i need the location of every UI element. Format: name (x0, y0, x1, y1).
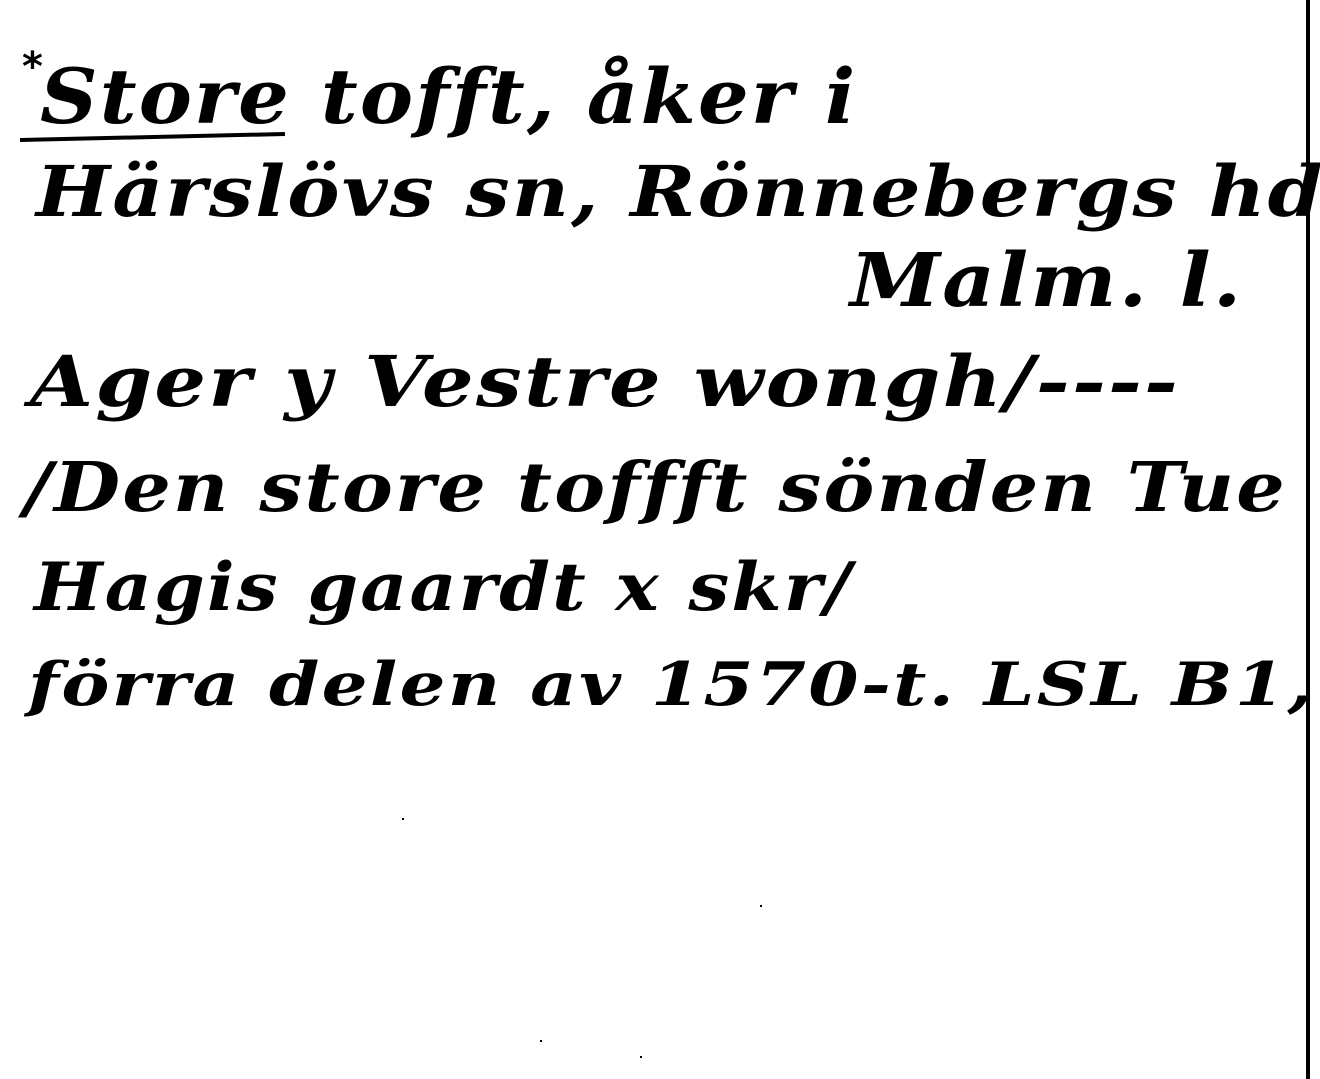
scan-speck (760, 905, 762, 907)
scan-speck (402, 818, 404, 820)
card-line-source: förra delen av 1570-t. LSL B1, s. 123. o… (28, 650, 1320, 720)
index-card: * Store tofft, åker i Härslövs sn, Rönne… (0, 0, 1320, 1079)
scan-speck (540, 1040, 542, 1042)
scan-speck (640, 1056, 642, 1058)
card-line-quote-2: /Den store toffft sönden Tue (24, 448, 1287, 528)
card-line-headword: Store tofft, åker i (40, 52, 857, 141)
card-line-quote-1: Ager y Vestre wongh/---- (30, 340, 1180, 423)
card-line-county: Malm. l. (850, 238, 1243, 324)
card-line-parish-hundred: Härslövs sn, Rönnebergs hd, (36, 150, 1320, 233)
card-line-quote-3: Hagis gaardt x skr/ (34, 548, 853, 626)
